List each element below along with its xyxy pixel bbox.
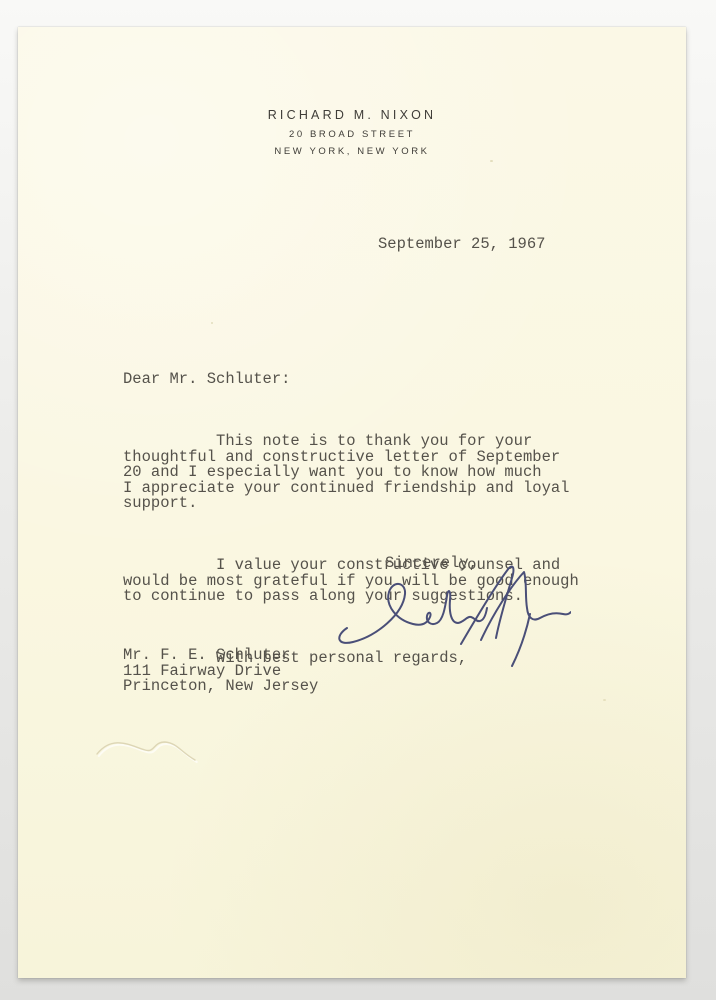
signature-stroke-richard: [339, 584, 487, 643]
paragraph-1: This note is to thank you for your thoug…: [123, 434, 579, 512]
letter-paper: RICHARD M. NIXON 20 BROAD STREET NEW YOR…: [18, 27, 686, 978]
paper-speck: [603, 699, 606, 701]
letterhead-name: RICHARD M. NIXON: [18, 108, 686, 122]
salutation: Dear Mr. Schluter:: [123, 372, 579, 388]
letterhead-street: 20 BROAD STREET: [18, 129, 686, 140]
date-line: September 25, 1967: [378, 237, 545, 253]
paper-crease-mark: [93, 720, 213, 775]
recipient-address: Mr. F. E. Schluter 111 Fairway Drive Pri…: [123, 648, 318, 695]
paper-speck: [490, 160, 493, 162]
letterhead: RICHARD M. NIXON 20 BROAD STREET NEW YOR…: [18, 108, 686, 163]
signature-richard-nixon: [331, 562, 571, 674]
scan-background: RICHARD M. NIXON 20 BROAD STREET NEW YOR…: [0, 0, 716, 1000]
signature-stroke-descender: [512, 614, 530, 666]
signature-stroke-n-tall: [461, 566, 513, 644]
letterhead-city: NEW YORK, NEW YORK: [18, 146, 686, 157]
paper-speck: [211, 322, 213, 324]
crease-highlight: [99, 744, 197, 762]
